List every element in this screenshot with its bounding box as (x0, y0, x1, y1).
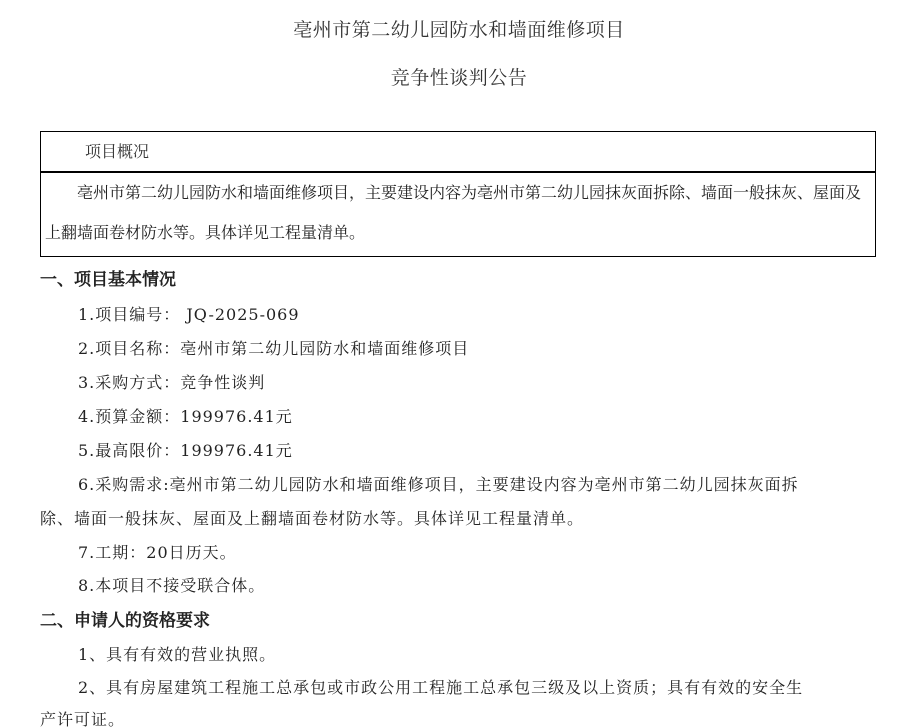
overview-heading: 项目概况 (41, 132, 875, 173)
document-title: 亳州市第二幼儿园防水和墙面维修项目 (0, 15, 918, 42)
section-heading-basic-info: 一、项目基本情况 (40, 265, 176, 290)
qualification-business-license: 1、具有有效的营业执照。 (78, 642, 276, 665)
overview-line-2: 上翻墙面卷材防水等。具体详见工程量清单。 (45, 213, 867, 253)
qualification-contractor-grade: 2、具有房屋建筑工程施工总承包或市政公用工程施工总承包三级及以上资质；具有有效的… (78, 675, 803, 698)
item-max-price: 5.最高限价：199976.41元 (78, 438, 293, 461)
item-procurement-requirement: 6.采购需求:亳州市第二幼儿园防水和墙面维修项目，主要建设内容为亳州市第二幼儿园… (78, 472, 799, 495)
document-subtitle: 竞争性谈判公告 (0, 63, 918, 90)
project-overview-box: 项目概况 亳州市第二幼儿园防水和墙面维修项目，主要建设内容为亳州市第二幼儿园抹灰… (40, 131, 876, 257)
item-procurement-method: 3.采购方式：竞争性谈判 (78, 370, 265, 393)
overview-body: 亳州市第二幼儿园防水和墙面维修项目，主要建设内容为亳州市第二幼儿园抹灰面拆除、墙… (41, 173, 875, 253)
item-project-number: 1.项目编号： JQ-2025-069 (78, 302, 300, 325)
item-construction-period: 7.工期：20日历天。 (78, 540, 237, 563)
overview-line-1: 亳州市第二幼儿园防水和墙面维修项目，主要建设内容为亳州市第二幼儿园抹灰面拆除、墙… (45, 173, 867, 213)
qualification-contractor-grade-cont: 产许可证。 (40, 707, 125, 728)
item-procurement-requirement-cont: 除、墙面一般抹灰、屋面及上翻墙面卷材防水等。具体详见工程量清单。 (40, 506, 584, 529)
item-project-name: 2.项目名称：亳州市第二幼儿园防水和墙面维修项目 (78, 336, 469, 359)
section-heading-qualifications: 二、申请人的资格要求 (40, 606, 210, 631)
item-budget-amount: 4.预算金额：199976.41元 (78, 404, 293, 427)
item-no-consortium: 8.本项目不接受联合体。 (78, 573, 265, 596)
